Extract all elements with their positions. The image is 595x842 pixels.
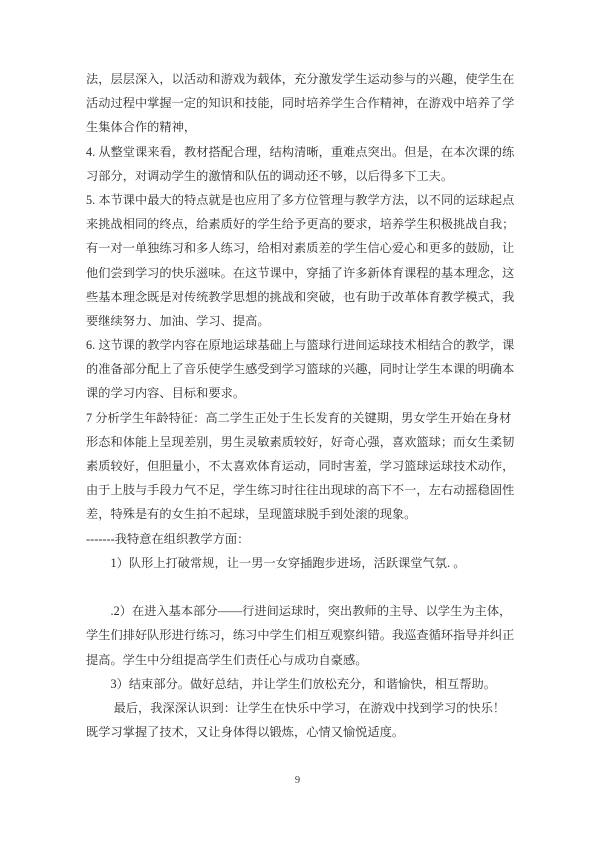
text-line: 有一对一单独练习和多人练习，给相对素质差的学生信心爱心和更多的鼓励，让: [86, 236, 518, 260]
text-line: 最后，我深深认识到：让学生在快乐中学习，在游戏中找到学习的快乐！: [86, 696, 518, 720]
text-line: .2）在进入基本部分——行进间运球时，突出教师的主导、以学生为主体，: [86, 599, 518, 623]
text-line: 素质较好，但胆量小，不太喜欢体育运动，同时害羞，学习篮球运球技术动作，: [86, 454, 518, 478]
text-line: 生集体合作的精神，: [86, 115, 518, 139]
text-line: 来挑战相同的终点，给素质好的学生给予更高的要求，培养学生积极挑战自我；: [86, 212, 518, 236]
page-body: 法，层层深入，以活动和游戏为载体，充分激发学生运动参与的兴趣，使学生在 活动过程…: [86, 67, 518, 744]
text-line: 差，特殊是有的女生拍不起球，呈现篮球脱手到处滚的现象。: [86, 502, 518, 526]
text-line: 4. 从整堂课来看，教材搭配合理，结构清晰，重难点突出。但是，在本次课的练: [86, 140, 518, 164]
text-line: 课的学习内容、目标和要求。: [86, 381, 518, 405]
text-line: 6. 这节课的教学内容在原地运球基础上与篮球行进间运球技术相结合的教学，课: [86, 333, 518, 357]
text-line: 3）结束部分。做好总结，并让学生们放松充分，和谐愉快，相互帮助。: [86, 672, 518, 696]
text-line: 要继续努力、加油、学习、提高。: [86, 309, 518, 333]
text-line: 的准备部分配上了音乐使学生感受到学习篮球的兴趣，同时让学生本课的明确本: [86, 357, 518, 381]
text-line: 些基本理念既是对传统教学思想的挑战和突破，也有助于改革体育教学模式，我: [86, 285, 518, 309]
text-line: 学生们排好队形进行练习，练习中学生们相互观察纠错。我巡查循环指导并纠正: [86, 623, 518, 647]
text-line: 法，层层深入，以活动和游戏为载体，充分激发学生运动参与的兴趣，使学生在: [86, 67, 518, 91]
text-line: 1）队形上打破常规，让一男一女穿插跑步进场，活跃课堂气氛. 。: [86, 551, 518, 575]
text-line: 提高。学生中分组提高学生们责任心与成功自豪感。: [86, 648, 518, 672]
document-page: 法，层层深入，以活动和游戏为载体，充分激发学生运动参与的兴趣，使学生在 活动过程…: [0, 0, 595, 842]
text-line: 习部分，对调动学生的激情和队伍的调动还不够，以后得多下工夫。: [86, 164, 518, 188]
text-line-blank: [86, 575, 518, 599]
page-number: 9: [0, 774, 595, 788]
text-line: 5. 本节课中最大的特点就是也应用了多方位管理与教学方法，以不同的运球起点: [86, 188, 518, 212]
text-line: 既学习掌握了技术，又让身体得以锻炼，心情又愉悦适度。: [86, 720, 518, 744]
text-line: -------我特意在组织教学方面：: [86, 527, 518, 551]
text-line: 他们尝到学习的快乐滋味。在这节课中，穿插了许多新体育课程的基本理念，这: [86, 261, 518, 285]
text-line: 形态和体能上呈现差别，男生灵敏素质较好，好奇心强，喜欢篮球；而女生柔韧: [86, 430, 518, 454]
text-line: 由于上肢与手段力气不足，学生练习时往往出现球的高下不一，左右动摇稳固性: [86, 478, 518, 502]
text-line: 7 分析学生年龄特征：高二学生正处于生长发育的关键期，男女学生开始在身材: [86, 406, 518, 430]
text-line: 活动过程中掌握一定的知识和技能，同时培养学生合作精神，在游戏中培养了学: [86, 91, 518, 115]
